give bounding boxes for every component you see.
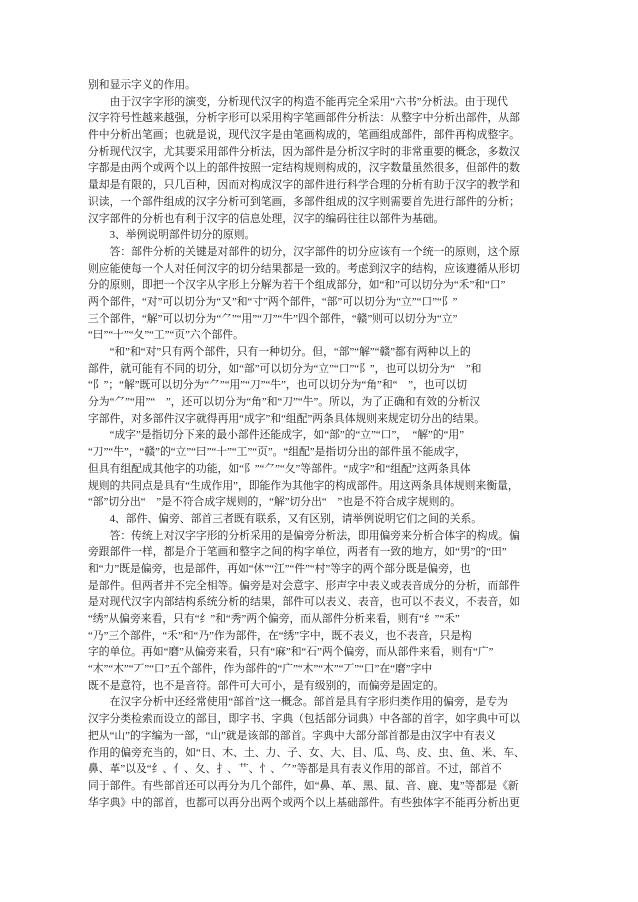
text-line: “部”切分出“ ”是不符合成字规则的，“解”切分出“ ”也是不符合成字规则的。: [88, 494, 556, 511]
text-line: 别和显示字义的作用。: [88, 77, 556, 94]
text-line: 答：传统上对汉字字形的分析采用的是偏旁分析法，即用偏旁来分析合体字的构成。偏: [88, 528, 556, 545]
text-line: 三个部件，“解”可以切分为“⺈”“用”“刀”“牛”四个部件，“赣”则可以切分为“…: [88, 311, 556, 328]
text-line: 汉字部件的分析也有利于汉字的信息处理，汉字的编码往往以部件为基础。: [88, 211, 556, 228]
document-page: 别和显示字义的作用。 由于汉字字形的演变，分析现代汉字的构造不能再完全采用“六书…: [0, 0, 638, 902]
text-line: “木”“木”“丆”“口”五个部件，作为部件的“广”“木”“木”“丆”“口”在“磨…: [88, 661, 556, 678]
page-text: 别和显示字义的作用。 由于汉字字形的演变，分析现代汉字的构造不能再完全采用“六书…: [88, 77, 556, 811]
text-line: “乃”三个部件，“禾”和“乃”作为部件，在“绣”字中，既不表义，也不表音，只是构: [88, 628, 556, 645]
text-line: 4、部件、偏旁、部首三者既有联系，又有区别，请举例说明它们之间的关系。: [88, 511, 556, 528]
text-line: 鼻、革”以及“纟、亻、夂、扌、艹、忄、⺈”等都是具有表义作用的部首。不过，部首不: [88, 761, 556, 778]
text-line: 汉字符号性越来越强，分析字形可以采用构字笔画部件分析法：从整字中分析出部件，从部: [88, 110, 556, 127]
text-line: 字部件，对多部件汉字就得再用“成字”和“组配”两条具体规则来规定切分出的结果。: [88, 411, 556, 428]
text-line: 答：部件分析的关键是对部件的切分，汉字部件的切分应该有一个统一的原则，这个原: [88, 244, 556, 261]
text-line: 字的单位。再如“磨”从偏旁来看，只有“麻”和“石”两个偏旁，而从部件来看，则有“…: [88, 644, 556, 661]
text-line: 是部件。但两者并不完全相等。偏旁是对会意字、形声字中表义或表音成分的分析，而部件: [88, 578, 556, 595]
text-line: “绣”从偏旁来看，只有“纟”和“秀”两个偏旁，而从部件分析来看，则有“纟”“禾”: [88, 611, 556, 628]
text-line: “曰”“十”“夂”“工”“页”六个部件。: [88, 327, 556, 344]
text-line: 识读，一个部件组成的汉字分析可到笔画，多部件组成的汉字则需要首先进行部件的分析；: [88, 194, 556, 211]
text-line: 件中分析出笔画；也就是说，现代汉字是由笔画构成的，笔画组成部件，部件再构成整字。: [88, 127, 556, 144]
text-line: 在汉字分析中还经常使用“部首”这一概念。部首是具有字形归类作用的偏旁，是专为: [88, 694, 556, 711]
text-line: 分为“⺈”“用”“ ”，还可以切分为“角”和“刀”“牛”。所以，为了正确和有效的…: [88, 394, 556, 411]
text-line: 分析现代汉字，尤其要采用部件分析法，因为部件是分析汉字时的非常重要的概念，多数汉: [88, 144, 556, 161]
text-line: 汉字分类检索而设立的部目，即字书、字典（包括部分词典）中各部的首字，如字典中可以: [88, 711, 556, 728]
text-line: “成字”是指切分下来的最小部件还能成字，如“部”的“立”“口”， “解”的“用”: [88, 427, 556, 444]
text-line: 和“力”既是偏旁，也是部件，再如“休”“江”“件”“村”等字的两个部分既是偏旁，…: [88, 561, 556, 578]
text-line: 字都是由两个或两个以上的部件按照一定结构规则构成的，汉字数量虽然很多，但部件的数: [88, 160, 556, 177]
text-line: 但具有组配成其他字的功能，如“阝”“⺈”“夂”等部件。“成字”和“组配”这两条具…: [88, 461, 556, 478]
text-line: 旁跟部件一样，都是介于笔画和整字之间的构字单位，两者有一致的地方，如“男”的“田…: [88, 544, 556, 561]
text-line: 3、举例说明部件切分的原则。: [88, 227, 556, 244]
text-line: 把从“山”的字编为一部，“山”就是该部的部首。字典中大部分部首都是由汉字中有表义: [88, 728, 556, 745]
text-line: 既不是意符，也不是音符。部件可大可小，是有级别的，而偏旁是固定的。: [88, 678, 556, 695]
text-line: 是对现代汉字内部结构系统分析的结果，部件可以表义、表音，也可以不表义，不表音，如: [88, 594, 556, 611]
text-line: “阝”；“解”既可以切分为“⺈”“用”“刀”“牛”，也可以切分为“角”和“ ”，…: [88, 377, 556, 394]
text-line: “刀”“牛”，“赣”的“立”“曰”“十”“工”“页”。“组配”是指切分出的部件虽…: [88, 444, 556, 461]
text-line: 两个部件，“对”可以切分为“又”和“寸”两个部件，“部”可以切分为“立”“口”“…: [88, 294, 556, 311]
text-line: 作用的偏旁充当的，如“日、木、土、力、子、女、大、目、瓜、鸟、皮、虫、鱼、米、车…: [88, 745, 556, 762]
text-line: 由于汉字字形的演变，分析现代汉字的构造不能再完全采用“六书”分析法。由于现代: [88, 94, 556, 111]
text-line: 量却是有限的，只几百种，因而对构成汉字的部件进行科学合理的分析有助于汉字的教学和: [88, 177, 556, 194]
text-line: 规则的共同点是具有“生成作用”，即能作为其他字的构成部件。用这两条具体规则来衡量…: [88, 478, 556, 495]
text-line: 分的原则，即把一个汉字从字形上分解为若干个组成部分，如“和”可以切分为“禾”和“…: [88, 277, 556, 294]
text-line: 华字典》中的部首，也都可以再分出两个或两个以上基础部件。有些独体字不能再分析出更: [88, 795, 556, 812]
text-line: 则应能使每一个人对任何汉字的切分结果都是一致的。考虑到汉字的结构，应该遵循从形切: [88, 261, 556, 278]
text-line: “和”和“对”只有两个部件，只有一种切分。但，“部”“解”“赣”都有两种以上的: [88, 344, 556, 361]
text-line: 同于部件。有些部首还可以再分为几个部件，如“鼻、革、黑、鼠、音、鹿、鬼”等都是《…: [88, 778, 556, 795]
text-line: 部件，就可能有不同的切分，如“部”可以切分为“立”“口”“阝”，也可以切分为“ …: [88, 361, 556, 378]
